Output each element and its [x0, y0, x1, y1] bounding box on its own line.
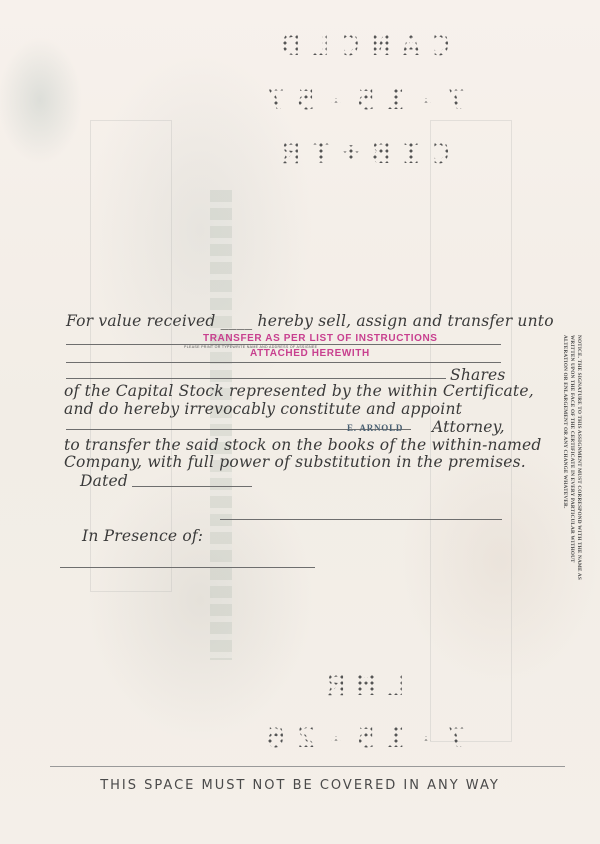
- signature-line: [220, 519, 502, 520]
- show-through-band: [210, 190, 232, 660]
- transfer-stamp-line-2: ATTACHED HEREWITH: [250, 348, 370, 359]
- witness-line: [60, 567, 315, 568]
- transfer-stamp-line-1: TRANSFER AS PER LIST OF INSTRUCTIONS: [203, 333, 438, 344]
- date-line: [132, 486, 252, 487]
- footer-rule: [50, 766, 565, 767]
- perforation-code: CIB+TR: [60, 136, 600, 171]
- shares-line: [66, 378, 446, 379]
- footer-warning: THIS SPACE MUST NOT BE COVERED IN ANY WA…: [0, 778, 600, 793]
- attorney-label: Attorney,: [432, 418, 505, 436]
- assignment-line-3: and do hereby irrevocably constitute and…: [64, 400, 462, 418]
- assignment-line-1: For value received ____ hereby sell, ass…: [66, 312, 554, 330]
- show-through-border-left: [90, 120, 172, 592]
- attorney-stamp: E. ARNOLD: [347, 423, 403, 433]
- assignment-line-4: to transfer the said stock on the books …: [64, 436, 542, 454]
- dated-label: Dated: [80, 472, 128, 490]
- assignment-line-2: of the Capital Stock represented by the …: [64, 382, 534, 400]
- assignment-line-5: Company, with full power of substitution…: [64, 453, 526, 471]
- assignee-address-line: [66, 362, 501, 363]
- perforation-initials: LMR: [60, 668, 600, 703]
- presence-label: In Presence of:: [82, 527, 203, 545]
- perforation-cancelled: CANCLD: [60, 28, 600, 63]
- perforation-date-bottom: 7-15-26: [60, 720, 600, 755]
- signature-notice: NOTICE. THE SIGNATURE TO THIS ASSIGNMENT…: [561, 335, 582, 585]
- perforation-date: 7-15-57: [60, 82, 600, 117]
